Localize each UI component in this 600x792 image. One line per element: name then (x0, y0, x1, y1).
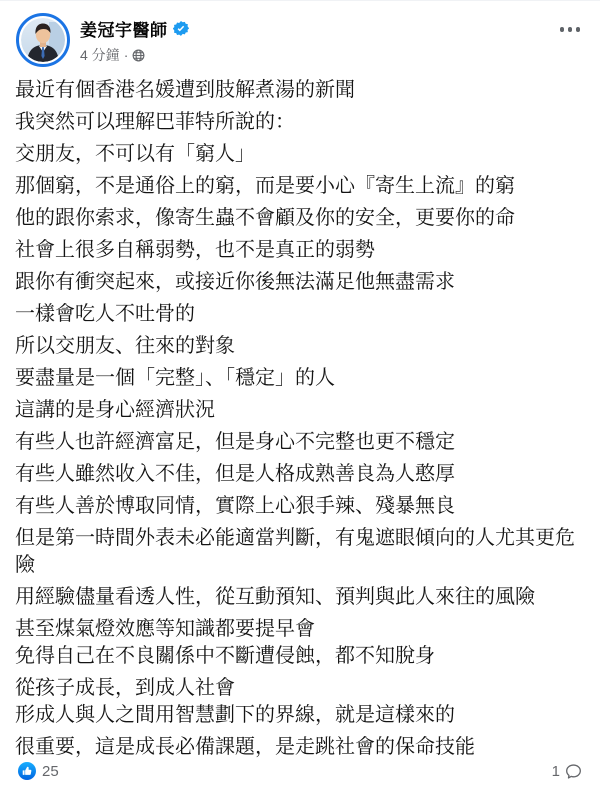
post-paragraph: 他的跟你索求，像寄生蟲不會顧及你的安全，更要你的命 (15, 205, 585, 232)
avatar-photo (21, 18, 65, 62)
post-paragraph: 那個窮，不是通俗上的窮，而是要小心『寄生上流』的窮 (15, 173, 585, 200)
post-paragraph: 社會上很多自稱弱勢，也不是真正的弱勢 (15, 237, 585, 264)
post-paragraph: 很重要，這是成長必備課題，是走跳社會的保命技能 (15, 734, 585, 761)
meta-separator: · (124, 47, 129, 63)
public-globe-icon (132, 49, 145, 62)
post-paragraph: 但是第一時間外表未必能適當判斷，有鬼遮眼傾向的人尤其更危險 (15, 525, 585, 579)
avatar[interactable] (16, 13, 70, 67)
post-header: 姜冠宇醫師 4 分鐘 · (0, 1, 600, 73)
post-content: 最近有個香港名媛遭到肢解煮湯的新聞我突然可以理解巴菲特所說的：交朋友，不可以有「… (0, 73, 600, 761)
author-name[interactable]: 姜冠宇醫師 (80, 16, 168, 41)
more-options-button[interactable] (556, 13, 585, 46)
post-paragraph: 所以交朋友、往來的對象 (15, 333, 585, 360)
like-count: 25 (42, 763, 59, 780)
verified-badge-icon (173, 21, 189, 37)
post-paragraph: 有些人也許經濟富足，但是身心不完整也更不穩定 (15, 429, 585, 456)
more-options-icon (560, 27, 565, 32)
post-paragraph: 最近有個香港名媛遭到肢解煮湯的新聞 (15, 77, 585, 104)
comment-icon (565, 763, 582, 780)
post-paragraph: 有些人雖然收入不佳，但是人格成熟善良為人憨厚 (15, 461, 585, 488)
post-paragraph: 跟你有衝突起來，或接近你後無法滿足他無盡需求 (15, 269, 585, 296)
facebook-post-card: 姜冠宇醫師 4 分鐘 · (0, 0, 600, 792)
post-footer: 25 1 (0, 758, 600, 786)
post-paragraph: 一樣會吃人不吐骨的 (15, 301, 585, 328)
like-icon (18, 762, 36, 780)
post-paragraph: 我突然可以理解巴菲特所說的： (15, 109, 585, 136)
post-paragraph: 從孩子成長，到成人社會形成人與人之間用智慧劃下的界線，就是這樣來的 (15, 675, 585, 729)
post-paragraph: 交朋友，不可以有「窮人」 (15, 141, 585, 168)
comment-summary[interactable]: 1 (552, 763, 582, 780)
comment-count: 1 (552, 763, 560, 780)
post-paragraph: 甚至煤氣燈效應等知識都要提早會免得自己在不良關係中不斷遭侵蝕，都不知脫身 (15, 616, 585, 670)
post-paragraph: 用經驗儘量看透人性，從互動預知、預判與此人來往的風險 (15, 584, 585, 611)
post-paragraph: 要盡量是一個「完整」、「穩定」的人 (15, 365, 585, 392)
post-paragraph: 有些人善於博取同情，實際上心狠手辣、殘暴無良 (15, 493, 585, 520)
post-paragraph: 這講的是身心經濟狀況 (15, 397, 585, 424)
post-meta: 4 分鐘 · (80, 45, 556, 65)
reaction-summary[interactable]: 25 (18, 762, 59, 780)
post-header-text: 姜冠宇醫師 4 分鐘 · (80, 13, 556, 65)
timestamp[interactable]: 4 分鐘 (80, 45, 120, 65)
